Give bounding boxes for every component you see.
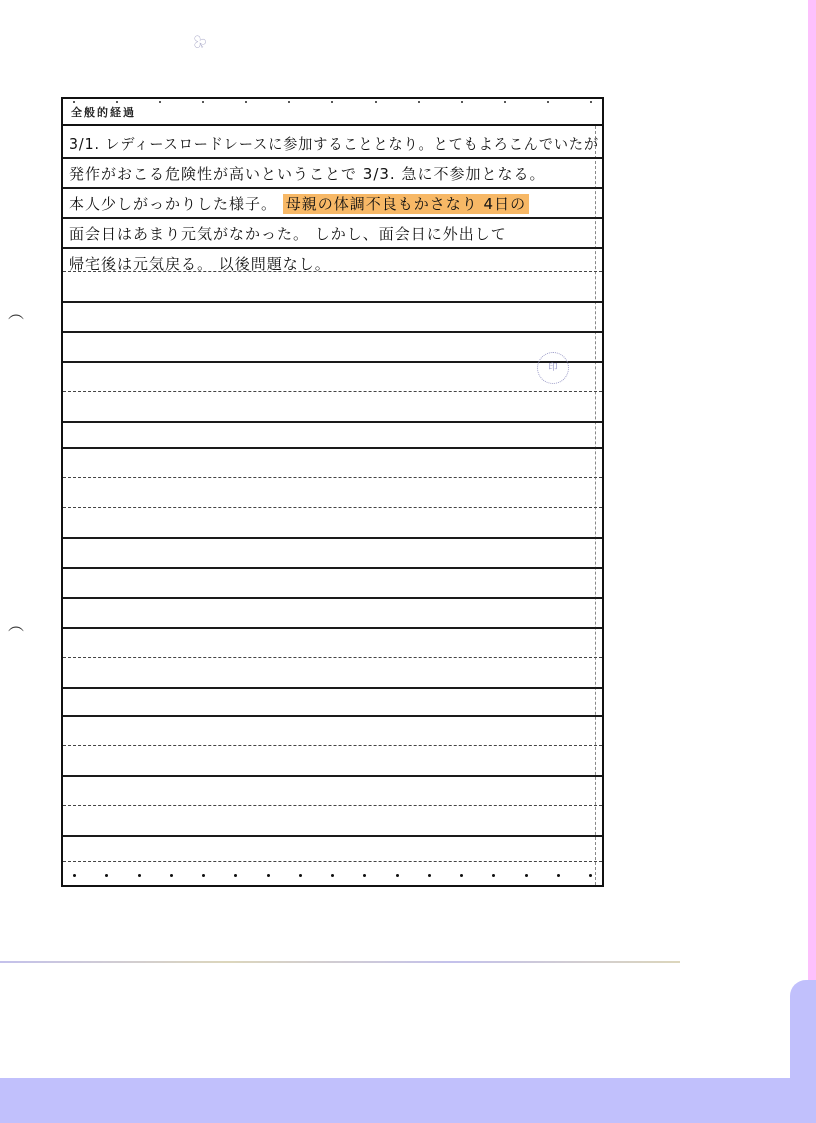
ruled-line xyxy=(63,537,602,539)
scan-edge-lower-right xyxy=(790,980,816,1090)
ruled-line xyxy=(63,447,602,449)
faint-stamp-mark: ♧ xyxy=(188,23,229,64)
handwritten-text: 本人少しがっかりした様子。 xyxy=(69,195,283,213)
handwritten-line: 面会日はあまり元気がなかった。 しかし、面会日に外出して xyxy=(69,223,598,253)
handwritten-line: 3/1. レディースロードレースに参加することとなり。とてもよろこんでいたが xyxy=(69,133,566,163)
highlighted-text: 母親の体調不良もかさなり 4日の xyxy=(283,194,529,214)
handwritten-text: 面会日はあまり元気がなかった。 しかし、面会日に外出して xyxy=(69,225,507,243)
ruled-line xyxy=(63,421,602,423)
handwritten-text: 発作がおこる危険性が高いということで 3/3. 急に不参加となる。 xyxy=(69,165,545,183)
ruled-line xyxy=(63,861,602,862)
hole-punch-mark: ︵ xyxy=(8,612,24,635)
ruled-line xyxy=(63,835,602,837)
scan-background-bottom xyxy=(0,1078,816,1123)
ruled-line xyxy=(63,361,602,363)
paper-fold-line xyxy=(0,961,680,963)
scan-edge-right xyxy=(808,0,816,1123)
ruled-line xyxy=(63,745,602,746)
ruled-line xyxy=(63,507,602,508)
hole-punch-mark: ︵ xyxy=(8,300,24,323)
progress-form: 全般的経過 3/1. レディースロードレースに参加することとなり。とてもよろこん… xyxy=(61,97,604,887)
section-title: 全般的経過 xyxy=(71,104,136,120)
form-header: 全般的経過 xyxy=(63,99,602,126)
ruled-line xyxy=(63,301,602,303)
ruled-line xyxy=(63,331,602,333)
ruled-line xyxy=(63,687,602,689)
handwritten-line: 帰宅後は元気戻る。 以後問題なし。 xyxy=(69,253,598,283)
ruled-line xyxy=(63,477,602,478)
ruled-line xyxy=(63,597,602,599)
handwritten-text: 帰宅後は元気戻る。 以後問題なし。 xyxy=(69,255,331,273)
ruled-line xyxy=(63,567,602,569)
ruled-line xyxy=(63,627,602,629)
handwritten-line: 発作がおこる危険性が高いということで 3/3. 急に不参加となる。 xyxy=(69,163,598,193)
bottom-dots xyxy=(73,874,592,877)
handwritten-line: 本人少しがっかりした様子。 母親の体調不良もかさなり 4日の xyxy=(69,193,598,223)
ruled-line xyxy=(63,391,602,392)
circular-stamp: 印 xyxy=(537,352,569,384)
ruled-line xyxy=(63,715,602,717)
handwritten-text: 3/1. レディースロードレースに参加することとなり。とてもよろこんでいたが xyxy=(69,135,599,153)
ruled-line xyxy=(63,805,602,806)
ruled-line xyxy=(63,775,602,777)
ruled-line xyxy=(63,657,602,658)
